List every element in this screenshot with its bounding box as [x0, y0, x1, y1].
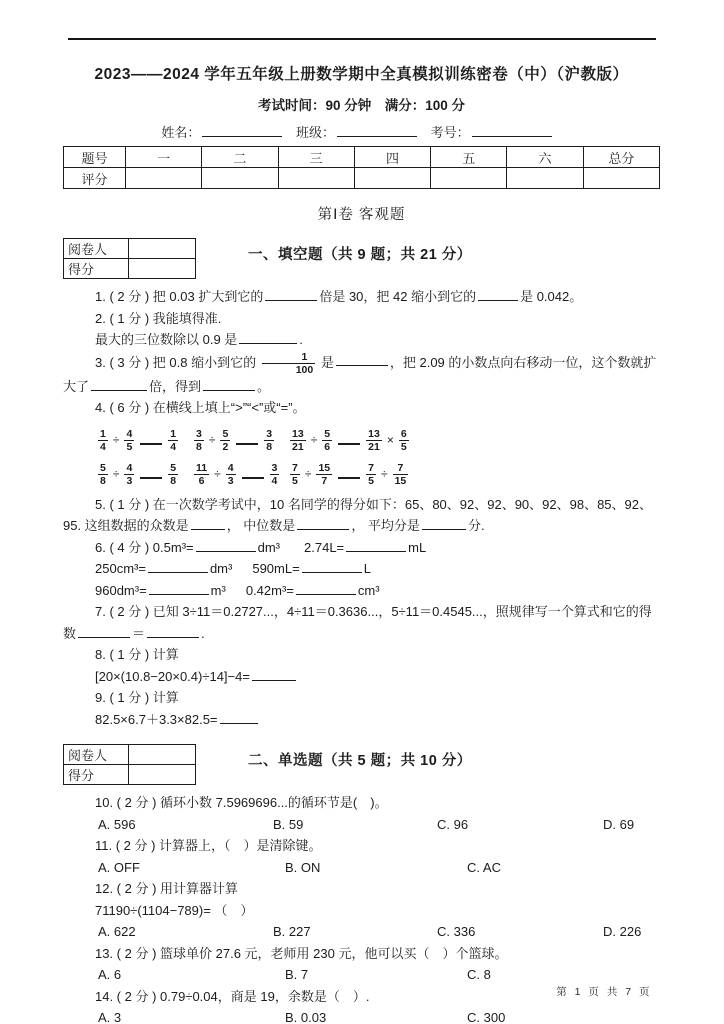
- fraction-denominator: 5: [124, 441, 134, 453]
- answer-blank: [148, 560, 208, 573]
- fraction: 58: [98, 462, 108, 487]
- answer-blank: [239, 331, 297, 344]
- fraction-numerator: 1: [98, 428, 108, 441]
- answer-blank: [140, 477, 162, 479]
- answer-blank: [191, 517, 225, 530]
- spacer: [280, 551, 304, 552]
- question-1: 1. ( 2 分 ) 把 0.03 扩大到它的倍是 30，把 42 缩小到它的是…: [63, 286, 660, 308]
- question-11: 11. ( 2 分 ) 计算器上，（ ）是清除键。: [63, 835, 660, 857]
- part-title: 第Ⅰ卷 客观题: [63, 203, 660, 224]
- page-number: 第 1 页 共 7 页: [556, 984, 652, 999]
- question-9-formula: 82.5×6.7＋3.3×82.5=: [63, 709, 660, 731]
- score-cell: [125, 168, 201, 189]
- option: C. 8: [467, 964, 660, 986]
- fraction: 58: [168, 462, 178, 487]
- fraction: 75: [366, 462, 376, 487]
- fraction-numerator: 15: [316, 462, 332, 475]
- fraction-numerator: 5: [322, 428, 332, 441]
- fraction: 14: [98, 428, 108, 453]
- answer-blank: [346, 539, 406, 552]
- fraction: 43: [124, 462, 134, 487]
- score-table-col: 总分: [583, 147, 659, 168]
- fraction-numerator: 5: [168, 462, 178, 475]
- section-1-header: 阅卷人 得分 一、填空题（共 9 题；共 21 分）: [63, 238, 660, 279]
- examno-blank: [472, 124, 552, 137]
- options-row: A. OFFB. ONC. AC: [63, 857, 660, 879]
- score-table-col: 三: [278, 147, 354, 168]
- score-table-header-row: 题号 一 二 三 四 五 六 总分: [64, 147, 660, 168]
- fraction-denominator: 2: [220, 441, 230, 453]
- operator: ÷: [209, 433, 216, 447]
- option: A. 3: [98, 1007, 285, 1024]
- answer-blank: [196, 539, 256, 552]
- fraction-denominator: 8: [264, 441, 274, 453]
- score-cell: [129, 259, 196, 279]
- student-info-line: 姓名： 班级： 考号：: [63, 122, 660, 141]
- fraction-denominator: 7: [316, 475, 332, 487]
- reviewer-cell: [129, 745, 196, 765]
- option: A. OFF: [98, 857, 285, 879]
- score-cell: [431, 168, 507, 189]
- operator: ÷: [381, 467, 388, 481]
- top-margin-rule: [68, 38, 656, 40]
- score-label: 得分: [64, 259, 129, 279]
- operator: ÷: [311, 433, 318, 447]
- option: A. 6: [98, 964, 285, 986]
- question-2: 2. ( 1 分 ) 我能填得准.: [63, 308, 660, 330]
- options-row: A. 622B. 227C. 336D. 226: [63, 921, 660, 943]
- fraction-denominator: 4: [168, 441, 178, 453]
- fraction-numerator: 1: [262, 351, 316, 364]
- fraction: 715: [393, 462, 409, 487]
- fraction: 45: [124, 428, 134, 453]
- question-13: 13. ( 2 分 ) 篮球单价 27.6 元，老师用 230 元，他可以买（ …: [63, 943, 660, 965]
- fraction-compare-row: 58÷4358116÷433475÷15775÷715: [63, 462, 660, 487]
- page-title: 2023——2024 学年五年级上册数学期中全真模拟训练密卷（中）（沪教版）: [63, 62, 660, 84]
- class-blank: [337, 124, 417, 137]
- fraction-numerator: 11: [194, 462, 209, 475]
- fraction: 116: [194, 462, 209, 487]
- examno-label: 考号：: [431, 125, 470, 140]
- fraction-numerator: 4: [226, 462, 236, 475]
- answer-blank: [265, 288, 317, 301]
- answer-blank: [147, 625, 199, 638]
- question-8: 8. ( 1 分 ) 计算: [63, 644, 660, 666]
- answer-blank: [296, 582, 356, 595]
- fraction-denominator: 4: [98, 441, 108, 453]
- exam-document-page: { "colors": { "ink": "#1c1c1c", "border"…: [0, 0, 724, 1024]
- answer-blank: [252, 668, 296, 681]
- score-cell: [202, 168, 278, 189]
- fraction-numerator: 3: [264, 428, 274, 441]
- fraction: 38: [194, 428, 204, 453]
- fraction-denominator: 3: [124, 475, 134, 487]
- fraction: 43: [226, 462, 236, 487]
- options-row: A. 6B. 7C. 8: [63, 964, 660, 986]
- fraction-denominator: 100: [262, 364, 316, 376]
- fraction-denominator: 21: [290, 441, 306, 453]
- score-summary-table: 题号 一 二 三 四 五 六 总分 评分: [63, 146, 660, 189]
- fraction-numerator: 7: [393, 462, 409, 475]
- answer-blank: [242, 477, 264, 479]
- page-content: 2023——2024 学年五年级上册数学期中全真模拟训练密卷（中）（沪教版） 考…: [0, 62, 724, 1024]
- option: C. 336: [437, 921, 603, 943]
- score-row-label: 评分: [64, 168, 126, 189]
- fraction-numerator: 5: [220, 428, 230, 441]
- operator: ÷: [113, 467, 120, 481]
- option: B. 227: [273, 921, 437, 943]
- answer-blank: [203, 378, 255, 391]
- section-2-title: 二、单选题（共 5 题；共 10 分）: [248, 749, 472, 770]
- answer-blank: [236, 443, 258, 445]
- fraction: 38: [264, 428, 274, 453]
- question-8-formula: [20×(10.8−20×0.4)÷14]−4=: [63, 666, 660, 688]
- score-table-score-row: 评分: [64, 168, 660, 189]
- fraction-compare-item: 14÷4514: [96, 428, 192, 453]
- fraction: 34: [270, 462, 280, 487]
- fraction-denominator: 6: [194, 475, 209, 487]
- question-7: 7. ( 2 分 ) 已知 3÷11＝0.2727...，4÷11＝0.3636…: [63, 601, 660, 644]
- fraction-denominator: 8: [168, 475, 178, 487]
- score-cell: [129, 765, 196, 785]
- question-12-formula: 71190÷(1104−789)= （ ）: [63, 900, 660, 922]
- fraction-compare-item: 116÷4334: [192, 462, 288, 487]
- fraction: 75: [290, 462, 300, 487]
- fraction-compare-row: 14÷451438÷52381321÷561321×65: [63, 428, 660, 453]
- score-cell: [583, 168, 659, 189]
- option: A. 622: [98, 921, 273, 943]
- option: D. 69: [603, 814, 660, 836]
- answer-blank: [140, 443, 162, 445]
- option: C. AC: [467, 857, 660, 879]
- fraction-denominator: 15: [393, 475, 409, 487]
- question-3: 3. ( 3 分 ) 把 0.8 缩小到它的 1100 是，把 2.09 的小数…: [63, 351, 660, 398]
- fraction-numerator: 4: [124, 428, 134, 441]
- fraction-denominator: 5: [366, 475, 376, 487]
- score-label: 得分: [64, 765, 129, 785]
- operator: ÷: [305, 467, 312, 481]
- fraction-compare-item: 75÷15775÷715: [288, 462, 410, 487]
- operator: ×: [387, 433, 394, 447]
- fraction-compare-item: 58÷4358: [96, 462, 192, 487]
- answer-blank: [78, 625, 130, 638]
- class-label: 班级：: [296, 125, 335, 140]
- fraction-denominator: 8: [194, 441, 204, 453]
- question-5: 5. ( 1 分 ) 在一次数学考试中，10 名同学的得分如下：65、80、92…: [63, 494, 660, 537]
- option: B. ON: [285, 857, 467, 879]
- fraction-compare-item: 38÷5238: [192, 428, 288, 453]
- score-table-corner-label: 题号: [64, 147, 126, 168]
- score-cell: [354, 168, 430, 189]
- answer-blank: [302, 560, 362, 573]
- answer-blank: [338, 443, 360, 445]
- fraction-denominator: 4: [270, 475, 280, 487]
- option: A. 596: [98, 814, 273, 836]
- answer-blank: [338, 477, 360, 479]
- name-blank: [202, 124, 282, 137]
- question-6-line: 250cm³=dm³590mL=L: [63, 558, 660, 580]
- fraction-numerator: 3: [270, 462, 280, 475]
- fraction-numerator: 13: [366, 428, 382, 441]
- answer-blank: [149, 582, 209, 595]
- fraction-numerator: 3: [194, 428, 204, 441]
- answer-blank: [336, 353, 388, 366]
- options-row: A. 596B. 59C. 96D. 69: [63, 814, 660, 836]
- spacer: [226, 594, 246, 595]
- operator: ÷: [214, 467, 221, 481]
- question-6: 6. ( 4 分 ) 0.5m³=dm³2.74L=mL: [63, 537, 660, 559]
- name-label: 姓名：: [161, 125, 200, 140]
- score-table-col: 一: [125, 147, 201, 168]
- fraction: 157: [316, 462, 332, 487]
- fraction: 1100: [262, 351, 316, 376]
- fraction-denominator: 5: [399, 441, 409, 453]
- option: B. 0.03: [285, 1007, 467, 1024]
- spacer: [232, 572, 252, 573]
- question-4: 4. ( 6 分 ) 在横线上填上“>”“<”或“=”。: [63, 397, 660, 419]
- fraction-numerator: 5: [98, 462, 108, 475]
- fraction: 52: [220, 428, 230, 453]
- question-6-line: 960dm³=m³0.42m³=cm³: [63, 580, 660, 602]
- fraction-denominator: 21: [366, 441, 382, 453]
- fraction: 1321: [366, 428, 382, 453]
- fraction-denominator: 3: [226, 475, 236, 487]
- score-table-col: 五: [431, 147, 507, 168]
- fraction: 65: [399, 428, 409, 453]
- answer-blank: [91, 378, 147, 391]
- fraction: 14: [168, 428, 178, 453]
- fraction-denominator: 5: [290, 475, 300, 487]
- exam-info-line: 考试时间：90 分钟 满分：100 分: [63, 94, 660, 114]
- score-cell: [507, 168, 583, 189]
- reviewer-cell: [129, 239, 196, 259]
- option: B. 59: [273, 814, 437, 836]
- fraction-numerator: 4: [124, 462, 134, 475]
- reviewer-label: 阅卷人: [64, 239, 129, 259]
- operator: ÷: [113, 433, 120, 447]
- score-table-col: 四: [354, 147, 430, 168]
- answer-blank: [478, 288, 518, 301]
- score-table-col: 六: [507, 147, 583, 168]
- fraction-numerator: 7: [290, 462, 300, 475]
- reviewer-label: 阅卷人: [64, 745, 129, 765]
- fraction-denominator: 6: [322, 441, 332, 453]
- options-row: A. 3B. 0.03C. 300: [63, 1007, 660, 1024]
- answer-blank: [220, 711, 258, 724]
- option: C. 96: [437, 814, 603, 836]
- option: B. 7: [285, 964, 467, 986]
- score-cell: [278, 168, 354, 189]
- option: D. 226: [603, 921, 660, 943]
- fraction-denominator: 8: [98, 475, 108, 487]
- answer-blank: [422, 517, 466, 530]
- answer-blank: [297, 517, 349, 530]
- question-2-line: 最大的三位数除以 0.9 是.: [63, 329, 660, 351]
- question-12: 12. ( 2 分 ) 用计算器计算: [63, 878, 660, 900]
- grader-box-2: 阅卷人 得分: [63, 744, 196, 785]
- fraction-numerator: 7: [366, 462, 376, 475]
- score-table-col: 二: [202, 147, 278, 168]
- fraction-compare-item: 1321÷561321×65: [288, 428, 411, 453]
- grader-box-1: 阅卷人 得分: [63, 238, 196, 279]
- section-2-header: 阅卷人 得分 二、单选题（共 5 题；共 10 分）: [63, 744, 660, 785]
- option: C. 300: [467, 1007, 660, 1024]
- question-10: 10. ( 2 分 ) 循环小数 7.5969696...的循环节是( )。: [63, 792, 660, 814]
- fraction: 56: [322, 428, 332, 453]
- fraction-numerator: 13: [290, 428, 306, 441]
- section-1-title: 一、填空题（共 9 题；共 21 分）: [248, 243, 472, 264]
- fraction-numerator: 6: [399, 428, 409, 441]
- fraction-numerator: 1: [168, 428, 178, 441]
- fraction: 1321: [290, 428, 306, 453]
- question-9: 9. ( 1 分 ) 计算: [63, 687, 660, 709]
- section-1-questions: 1. ( 2 分 ) 把 0.03 扩大到它的倍是 30，把 42 缩小到它的是…: [63, 286, 660, 730]
